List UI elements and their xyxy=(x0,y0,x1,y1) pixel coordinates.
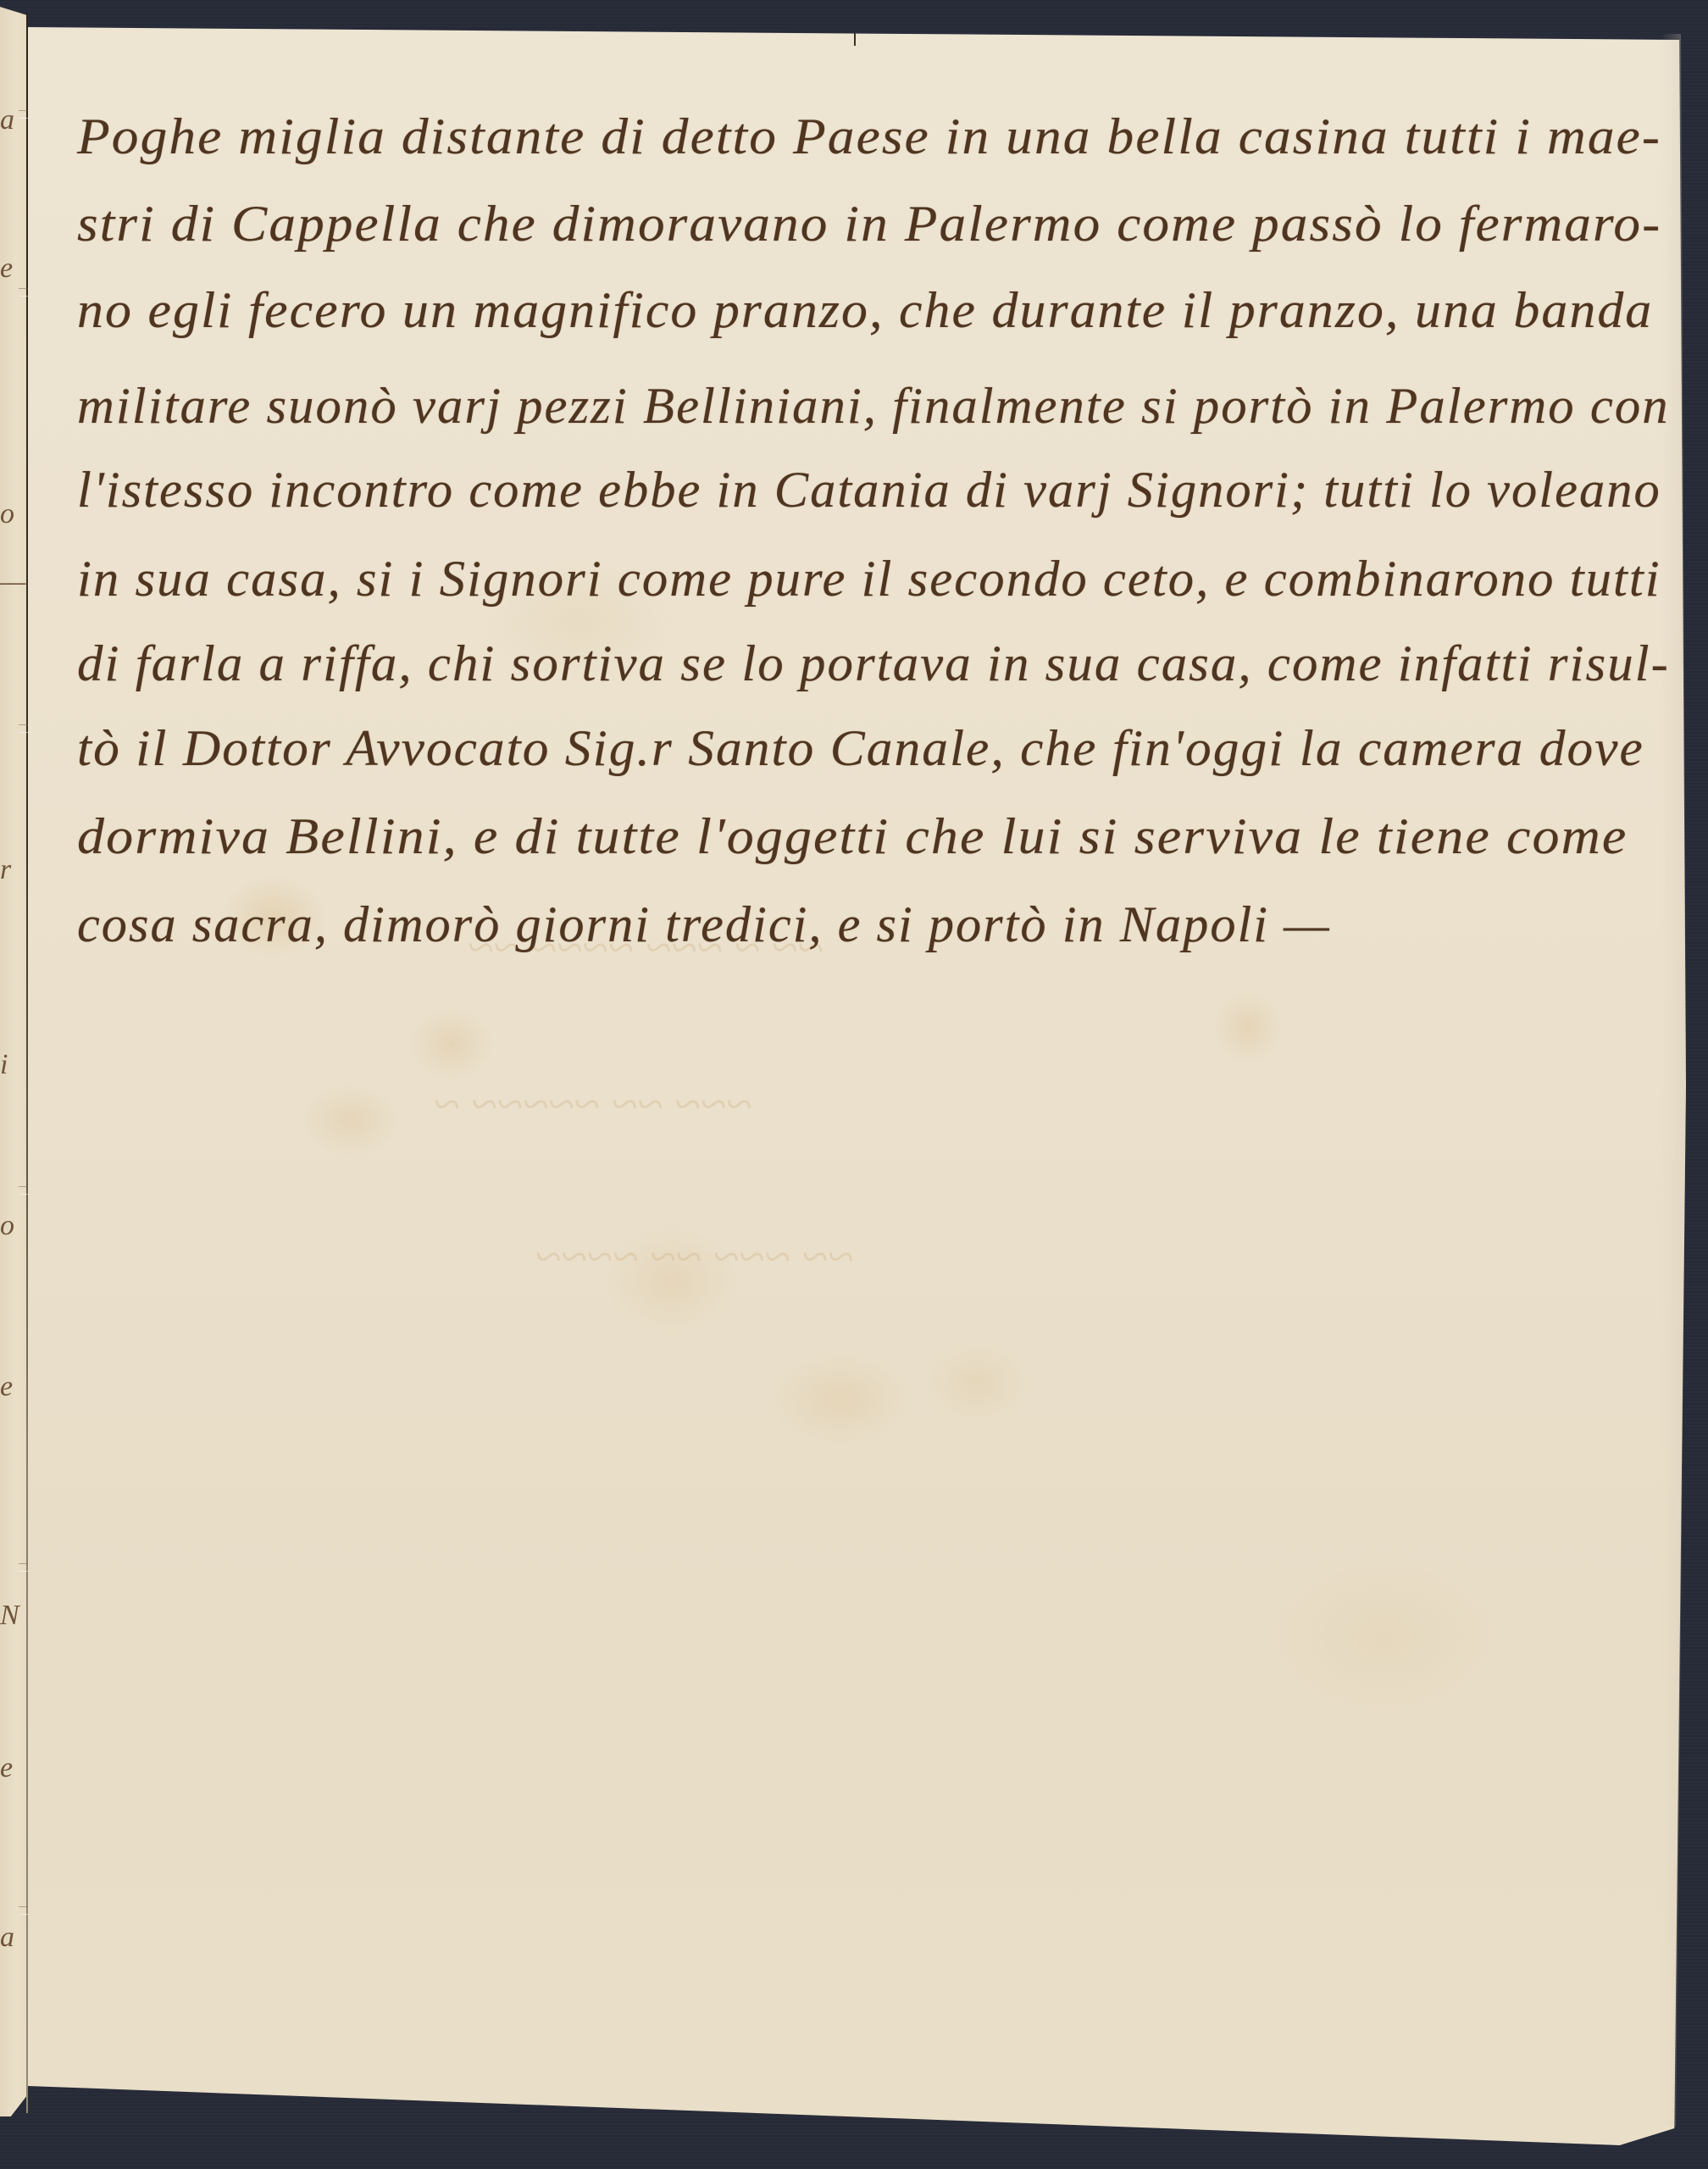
manuscript-line-9: dormiva Bellini, e di tutte l'oggetti ch… xyxy=(77,807,1628,866)
manuscript-line-1: Poghe miglia distante di detto Paese in … xyxy=(77,108,1661,166)
manuscript-page: ~~ ~ ~~~ ~~~~ ~~ ~~~ ~~ ~~~~~ ~ ~~ ~~~ ~… xyxy=(28,27,1686,2145)
show-through-ink: ~~~ ~~ ~~~~~ ~ xyxy=(435,1078,752,1132)
margin-fragment: e xyxy=(0,1752,13,1784)
margin-fragment: a xyxy=(0,104,14,136)
margin-fragment: N xyxy=(0,1600,19,1632)
margin-fragment: — xyxy=(0,566,25,598)
adjacent-page-strip: a e o — r i o e N e a xyxy=(0,7,27,2116)
margin-fragment: o xyxy=(0,1210,14,1242)
margin-fragment: e xyxy=(0,1371,13,1403)
manuscript-line-2: stri di Cappella che dimoravano in Paler… xyxy=(77,195,1661,253)
margin-fragment: i xyxy=(0,1049,8,1081)
manuscript-line-5: l'istesso incontro come ebbe in Catania … xyxy=(77,461,1661,519)
show-through-ink: ~~ ~~~ ~~ ~~~~ xyxy=(536,1230,854,1284)
manuscript-line-4: militare suonò varj pezzi Belliniani, fi… xyxy=(77,377,1670,435)
margin-fragment: e xyxy=(0,252,13,285)
manuscript-line-6: in sua casa, si i Signori come pure il s… xyxy=(77,550,1661,608)
manuscript-line-7: di farla a riffa, chi sortiva se lo port… xyxy=(77,635,1670,693)
manuscript-line-10: cosa sacra, dimorò giorni tredici, e si … xyxy=(77,896,1331,954)
margin-fragment: o xyxy=(0,498,14,530)
margin-fragment: r xyxy=(0,854,11,886)
margin-fragment: a xyxy=(0,1922,14,1954)
manuscript-line-3: no egli fecero un magnifico pranzo, che … xyxy=(77,281,1653,340)
manuscript-line-8: tò il Dottor Avvocato Sig.r Santo Canale… xyxy=(77,719,1644,778)
binding-edge xyxy=(26,12,28,2113)
